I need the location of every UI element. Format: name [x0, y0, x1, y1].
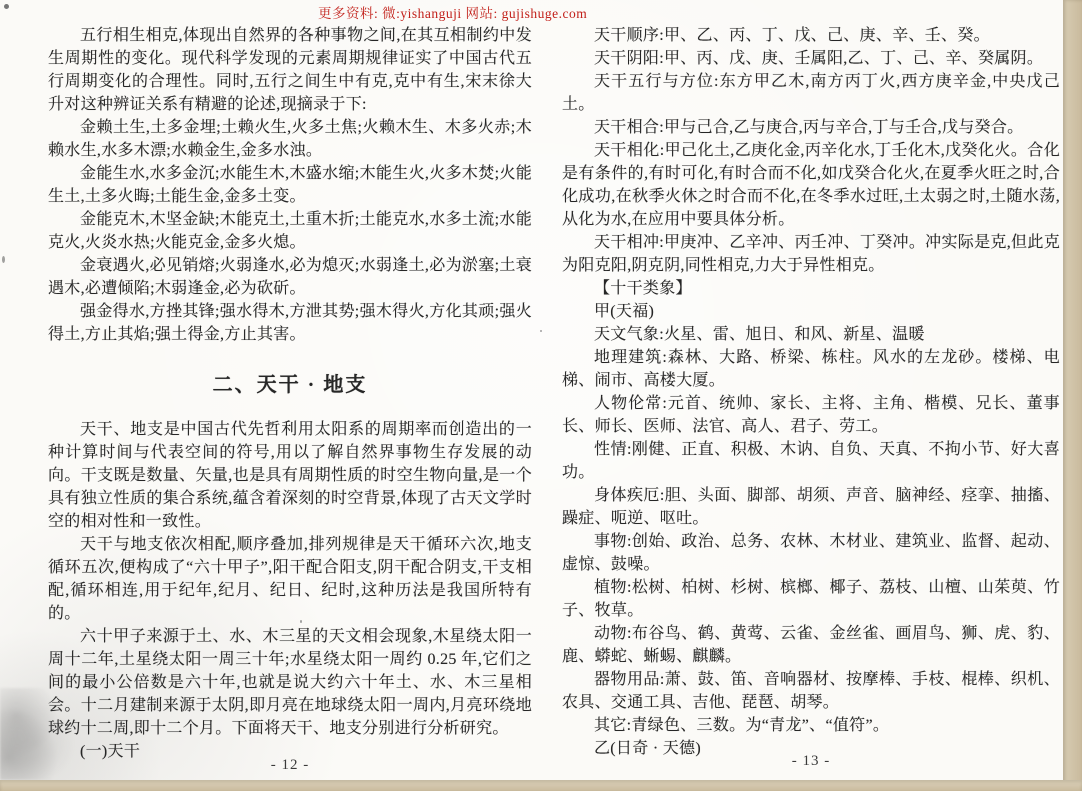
paragraph-tiangan-order: 天干顺序:甲、乙、丙、丁、戊、己、庚、辛、壬、癸。	[562, 24, 1060, 47]
scan-speck	[300, 620, 302, 623]
scanner-edge-bottom	[0, 780, 1082, 791]
scan-smudge	[0, 688, 80, 780]
paragraph-neng-ke: 金能克木,木坚金缺;木能克土,土重木折;土能克水,水多土流;水能克火,火炎水热;…	[48, 208, 532, 254]
section-heading-tiangan-dizhi: 二、天干 · 地支	[48, 372, 532, 398]
paragraph-tiangan-xiangchong: 天干相冲:甲庚冲、乙辛冲、丙壬冲、丁癸冲。冲实际是克,但此克为阳克阳,阴克阴,同…	[562, 231, 1060, 277]
paragraph-tiangan-xianghua: 天干相化:甲己化土,乙庚化金,丙辛化水,丁壬化木,戊癸化火。合化是有条件的,有时…	[562, 139, 1060, 231]
attribute-animals: 动物:布谷鸟、鹤、黄莺、云雀、金丝雀、画眉鸟、狮、虎、豹、鹿、蟒蛇、蜥蜴、麒麟。	[562, 622, 1060, 668]
attribute-geography-buildings: 地理建筑:森林、大路、桥梁、栋柱。风水的左龙砂。楼梯、电梯、闹市、高楼大厦。	[562, 346, 1060, 392]
attribute-plants: 植物:松树、柏树、杉树、槟榔、椰子、荔枝、山檀、山茱萸、竹子、牧草。	[562, 576, 1060, 622]
entry-title-jia: 甲(天福)	[562, 300, 1060, 323]
book-scan-spread: 更多资料: 微:yishanguji 网站: gujishuge.com 五行相…	[0, 0, 1082, 791]
attribute-others: 其它:青绿色、三数。为“青龙”、“值符”。	[562, 714, 1060, 737]
paragraph-qiang-de: 强金得水,方挫其锋;强水得木,方泄其势;强木得火,方化其顽;强火得土,方止其焰;…	[48, 300, 532, 346]
paragraph-lai-sheng: 金赖土生,土多金埋;土赖火生,火多土焦;火赖木生、木多火赤;木赖水生,水多木漂;…	[48, 116, 532, 162]
page-number-12: - 12 -	[48, 757, 532, 774]
paragraph-liushi-jiazi: 天干与地支依次相配,顺序叠加,排列规律是天干循环六次,地支循环五次,便构成了“六…	[48, 533, 532, 625]
attribute-astronomy-weather: 天文气象:火星、雷、旭日、和风、新星、温暖	[562, 323, 1060, 346]
page-number-13: - 13 -	[562, 753, 1060, 770]
attribute-temperament: 性情:刚健、正直、积极、木讷、自负、天真、不拘小节、好大喜功。	[562, 438, 1060, 484]
scan-speck	[2, 256, 5, 263]
watermark-header: 更多资料: 微:yishanguji 网站: gujishuge.com	[318, 2, 587, 22]
page-right: 天干顺序:甲、乙、丙、丁、戊、己、庚、辛、壬、癸。 天干阴阳:甲、丙、戊、庚、壬…	[562, 24, 1060, 760]
paragraph-wuxing-intro: 五行相生相克,体现出自然界的各种事物之间,在其互相制约中发生周期性的变化。现代科…	[48, 24, 532, 116]
scanner-edge-right	[1063, 0, 1082, 791]
attribute-body-ailments: 身体疾厄:胆、头面、脚部、胡须、声音、脑神经、痉挛、抽搐、躁症、呃逆、呕吐。	[562, 484, 1060, 530]
paragraph-tiangan-wuxing-fangwei: 天干五行与方位:东方甲乙木,南方丙丁火,西方庚辛金,中央戊己土。	[562, 70, 1060, 116]
attribute-utensils: 器物用品:萧、鼓、笛、音响器材、按摩棒、手枝、棍棒、织机、农具、交通工具、吉他、…	[562, 668, 1060, 714]
scan-speck	[540, 330, 542, 332]
paragraph-neng-sheng: 金能生水,水多金沉;水能生木,木盛水缩;木能生火,火多木焚;火能生土,土多火晦;…	[48, 162, 532, 208]
attribute-affairs: 事物:创始、政治、总务、农林、木材业、建筑业、监督、起动、虚惊、鼓噪。	[562, 530, 1060, 576]
paragraph-tiangan-dizhi-intro: 天干、地支是中国古代先哲利用太阳系的周期率而创造出的一种计算时间与代表空间的符号…	[48, 418, 532, 533]
page-left: 五行相生相克,体现出自然界的各种事物之间,在其互相制约中发生周期性的变化。现代科…	[48, 24, 532, 763]
paragraph-tiangan-xianghe: 天干相合:甲与己合,乙与庚合,丙与辛合,丁与壬合,戊与癸合。	[562, 116, 1060, 139]
attribute-people-relations: 人物伦常:元首、统帅、家长、主将、主角、楷模、兄长、董事长、师长、医师、法官、高…	[562, 392, 1060, 438]
paragraph-tiangan-yinyang: 天干阴阳:甲、丙、戊、庚、壬属阳,乙、丁、己、辛、癸属阴。	[562, 47, 1060, 70]
scan-speck	[4, 4, 9, 9]
paragraph-shuai-yu: 金衰遇火,必见销熔;火弱逢水,必为熄灭;水弱逢土,必为淤塞;土衰遇木,必遭倾陷;…	[48, 254, 532, 300]
section-title-shigan-leixiang: 【十干类象】	[562, 277, 1060, 300]
paragraph-astronomy-origin: 六十甲子来源于土、水、木三星的天文相会现象,木星绕太阳一周十二年,土星绕太阳一周…	[48, 625, 532, 740]
